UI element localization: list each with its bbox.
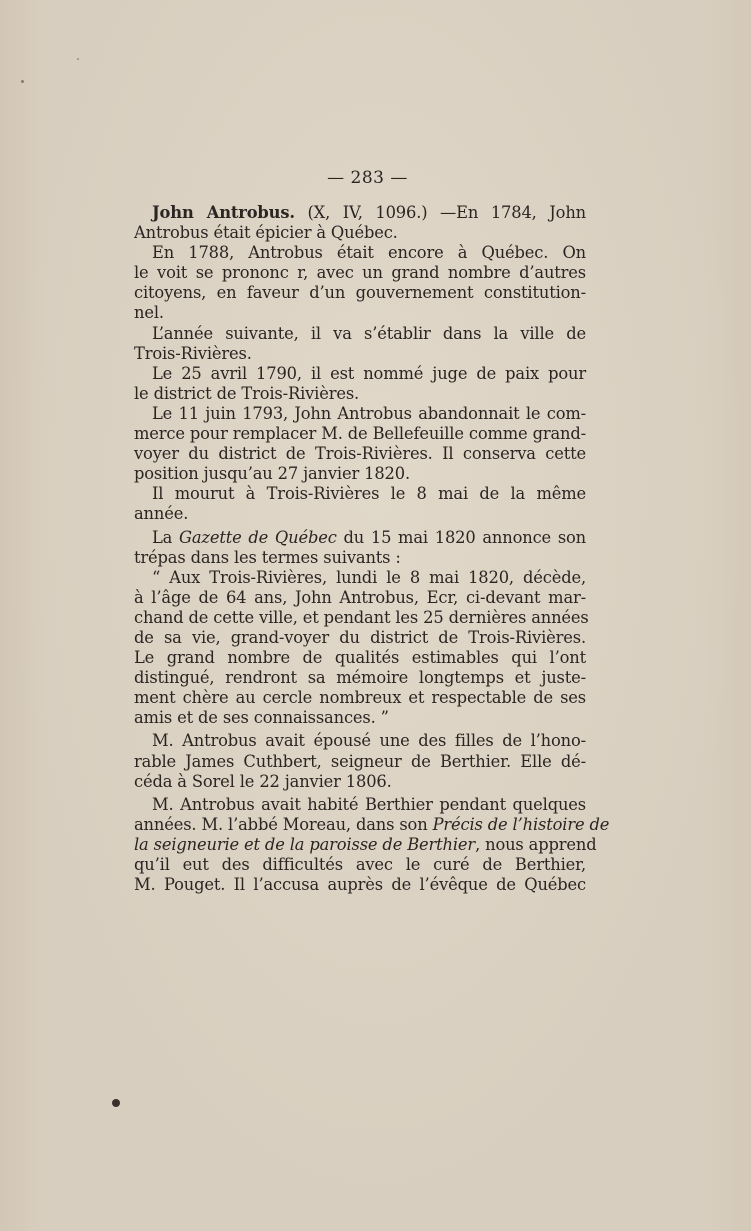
text-line: la seigneurie et de la paroisse de Berth… (134, 835, 586, 855)
text-line: nel. (134, 303, 586, 323)
text-line: années. M. l’abbé Moreau, dans son Préci… (134, 815, 586, 835)
entry-heading-ref: (X, IV, 1096.) —En 1784, John (295, 203, 586, 222)
text-fragment: du 15 mai 1820 annonce son (337, 528, 586, 547)
text-line: M. Antrobus avait habité Berthier pendan… (134, 795, 586, 815)
text-line: rable James Cuthbert, seigneur de Berthi… (134, 752, 586, 772)
scanned-book-page: — 283 — John Antrobus. (X, IV, 1096.) —E… (0, 0, 751, 1231)
quote-line: chand de cette ville, et pendant les 25 … (134, 608, 586, 628)
text-line: voyer du district de Trois-Rivières. Il … (134, 444, 586, 464)
quote-line: “ Aux Trois-Rivières, lundi le 8 mai 182… (134, 568, 586, 588)
quote-line: à l’âge de 64 ans, John Antrobus, Ecr, c… (134, 588, 586, 608)
text-line: Le 25 avril 1790, il est nommé juge de p… (134, 364, 586, 384)
quote-line: distingué, rendront sa mémoire longtemps… (134, 668, 586, 688)
page-number: — 283 — (0, 168, 743, 188)
text-line: le voit se prononc r, avec un grand nomb… (134, 263, 586, 283)
text-line: merce pour remplacer M. de Bellefeuille … (134, 424, 586, 444)
book-title: Précis de l’histoire de (433, 815, 610, 834)
text-fragment: La (152, 528, 179, 547)
quote-line: ment chère au cercle nombreux et respect… (134, 688, 586, 708)
text-line: le district de Trois-Rivières. (134, 384, 586, 404)
entry-heading-name: John Antrobus. (152, 203, 295, 222)
text-line: M. Antrobus avait épousé une des filles … (134, 731, 586, 751)
text-line: qu’il eut des difficultés avec le curé d… (134, 855, 586, 875)
text-line: Le 11 juin 1793, John Antrobus abandonna… (134, 404, 586, 424)
text-fragment: , nous apprend (475, 835, 596, 854)
paper-speck (21, 80, 24, 83)
text-line: position jusqu’au 27 janvier 1820. (134, 464, 586, 484)
quote-line: Le grand nombre de qualités estimables q… (134, 648, 586, 668)
text-line: citoyens, en faveur d’un gouvernement co… (134, 283, 586, 303)
text-line: trépas dans les termes suivants : (134, 548, 586, 568)
text-line: M. Pouget. Il l’accusa auprès de l’évêqu… (134, 875, 586, 895)
gazette-line: La Gazette de Québec du 15 mai 1820 anno… (134, 528, 586, 548)
entry-heading-line: John Antrobus. (X, IV, 1096.) —En 1784, … (134, 203, 586, 223)
text-line: céda à Sorel le 22 janvier 1806. (134, 772, 586, 792)
gazette-title: Gazette de Québec (179, 528, 337, 547)
text-line: Antrobus était épicier à Québec. (134, 223, 586, 243)
paper-speck (77, 58, 79, 60)
text-line: En 1788, Antrobus était encore à Québec.… (134, 243, 586, 263)
quote-line: de sa vie, grand-voyer du district de Tr… (134, 628, 586, 648)
text-line: Il mourut à Trois-Rivières le 8 mai de l… (134, 484, 586, 504)
text-fragment: années. M. l’abbé Moreau, dans son (134, 815, 433, 834)
text-line: L’année suivante, il va s’établir dans l… (134, 324, 586, 344)
book-title: la seigneurie et de la paroisse de Berth… (134, 835, 475, 854)
text-line: année. (134, 504, 586, 524)
text-line: Trois-Rivières. (134, 344, 586, 364)
quote-line: amis et de ses connaissances. ” (134, 708, 586, 728)
entry-text-block: John Antrobus. (X, IV, 1096.) —En 1784, … (134, 203, 586, 895)
ink-speck (112, 1099, 120, 1107)
